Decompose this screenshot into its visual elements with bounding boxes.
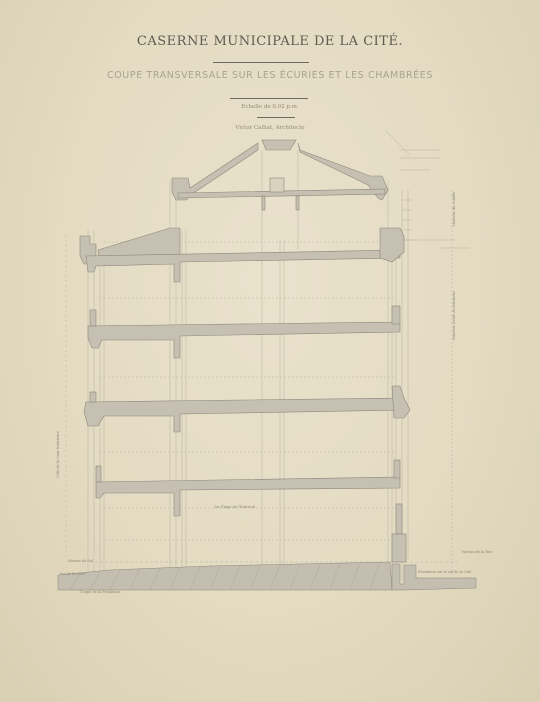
right-vertical-annotation-mid: Hauteur totale du bâtiment [452, 291, 456, 340]
floor-slab-2 [88, 322, 400, 358]
floor-slab-1 [84, 398, 404, 432]
wall-right-1 [392, 386, 410, 418]
wall-left-entresol [96, 466, 101, 482]
foundation-label: Fondation sur le sol de la Cité [418, 570, 471, 574]
right-foundation [392, 564, 476, 590]
construction-lines [66, 130, 470, 580]
first-floor-level-label: 1er Étage de l'Entresol [214, 505, 255, 509]
foundation-caption-left: Coupe de la Fondation [80, 590, 120, 594]
wall-right-ground [396, 504, 402, 534]
ground-section [58, 562, 476, 590]
wall-sections [80, 140, 410, 562]
ground-hatching [58, 562, 392, 590]
wall-right-base [392, 534, 406, 562]
ground-level-label-left: Niveau du Sol [68, 559, 93, 563]
floor-slab-3 [86, 250, 400, 282]
street-level-label: Niveau de la Rue [462, 550, 492, 554]
attic-hatch [270, 178, 284, 192]
attic-post-left [262, 196, 265, 210]
wall-left-1 [90, 392, 96, 402]
floor-slab-entresol [96, 477, 400, 516]
wall-right-2 [392, 306, 400, 324]
drawing-sheet: CASERNE MUNICIPALE DE LA CITÉ. COUPE TRA… [0, 0, 540, 702]
left-vertical-annotation: Côté de la Cour Intérieure [56, 431, 60, 478]
wall-left-2 [90, 310, 96, 326]
wall-right-entresol [394, 460, 400, 478]
cross-section-drawing [0, 0, 540, 702]
upper-right-cornice [380, 228, 404, 262]
right-vertical-annotation-top: Hauteur du comble [452, 192, 456, 226]
court-level-label: Sol de la Cour [60, 572, 85, 576]
attic-post-right [296, 196, 299, 210]
roof-ridge [262, 140, 296, 150]
